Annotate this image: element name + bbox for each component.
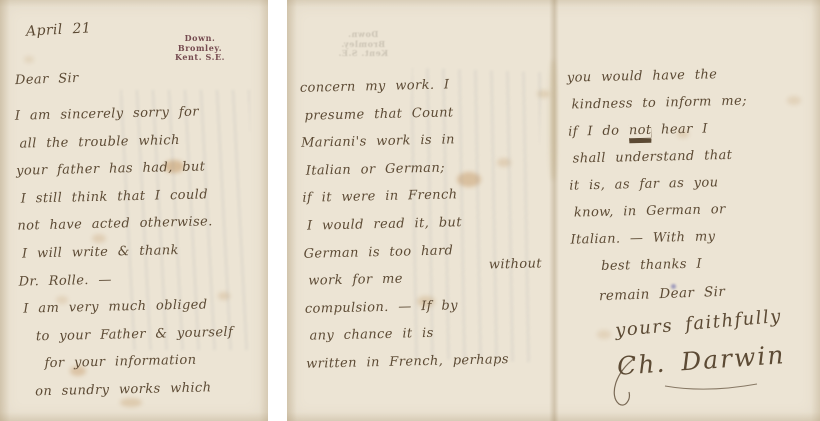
line-fragment: without <box>489 251 543 280</box>
closing-valediction: yours faithfully <box>614 306 782 341</box>
letterhead-line-3: Kent. S.E. <box>158 53 242 63</box>
letterhead-stamp: Down. Bromley. Kent. S.E. <box>158 34 242 63</box>
fold-stain <box>549 60 557 180</box>
letter-bifolium-pages-2-3: Down. Bromley. Kent. S.E. concern my wor… <box>287 0 820 421</box>
line-fragment: if I do <box>568 123 629 139</box>
letterhead-line-3: Kent. S.E. <box>321 49 405 59</box>
letter-line: best thanks I <box>601 248 804 280</box>
page-3-body-text: you would have thekindness to inform me;… <box>567 59 804 280</box>
letterhead-stamp-show-through: Down. Bromley. Kent. S.E. <box>321 30 405 59</box>
foxing-spot <box>597 330 611 339</box>
line-fragment: hear I <box>651 121 708 137</box>
letter-date: April 21 <box>26 20 92 39</box>
letter-line: to your Father & yourself <box>36 318 257 351</box>
letter-photograph: April 21 Down. Bromley. Kent. S.E. Dear … <box>0 0 820 421</box>
closing-remain: remain Dear Sir <box>599 284 726 304</box>
letter-line: on sundry works which <box>35 373 258 406</box>
letter-page-1: April 21 Down. Bromley. Kent. S.E. Dear … <box>0 0 268 421</box>
page-1-body-text: I am sincerely sorry forall the trouble … <box>15 97 258 406</box>
salutation: Dear Sir <box>15 71 79 88</box>
foxing-spot <box>24 56 34 63</box>
letter-line: written in French, perhaps <box>306 345 551 378</box>
line-fragment: work for me <box>308 266 403 296</box>
page-2-body-text: concern my work. Ipresume that CountMari… <box>300 69 551 378</box>
signature-flourish <box>605 352 765 412</box>
underlined-word: not <box>629 123 652 140</box>
